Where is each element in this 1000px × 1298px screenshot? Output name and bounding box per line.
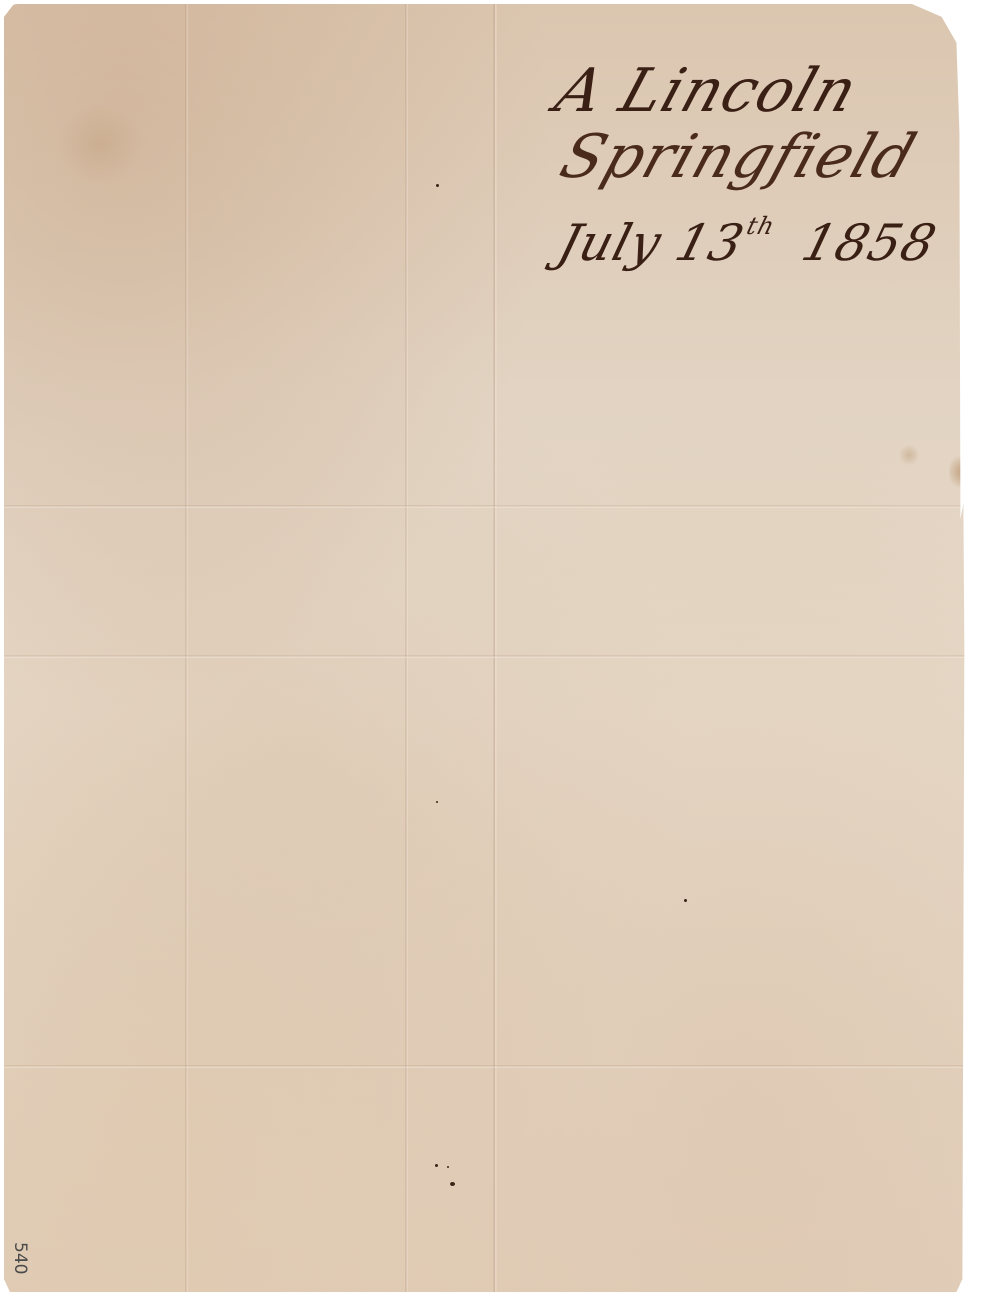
center-vertical-fold-line	[493, 4, 497, 1292]
vertical-fold-line	[405, 4, 408, 1292]
date-ordinal-suffix: th	[744, 212, 779, 240]
handwritten-place: Springfield	[552, 122, 925, 192]
horizontal-fold-line	[4, 1065, 991, 1068]
ink-speck	[436, 184, 439, 187]
ink-speck	[435, 1164, 438, 1167]
discoloration-spot	[54, 104, 144, 184]
vertical-fold-line	[185, 4, 188, 1292]
ink-speck	[450, 1182, 455, 1186]
horizontal-fold-line	[4, 655, 991, 658]
date-year: 1858	[796, 214, 943, 272]
ink-speck	[447, 1166, 449, 1168]
horizontal-fold-line	[4, 505, 991, 508]
ink-speck	[436, 801, 438, 803]
handwritten-signature: A Lincoln	[547, 56, 866, 126]
pencil-archive-number: 540	[10, 1242, 30, 1274]
handwritten-date: July 13th 1858	[552, 212, 943, 272]
ink-speck	[684, 899, 687, 902]
water-stain	[949, 452, 979, 492]
aged-paper-sheet: A Lincoln Springfield July 13th 1858 540	[4, 4, 991, 1292]
date-month-day: July 13	[552, 214, 751, 272]
water-stain	[899, 444, 919, 466]
